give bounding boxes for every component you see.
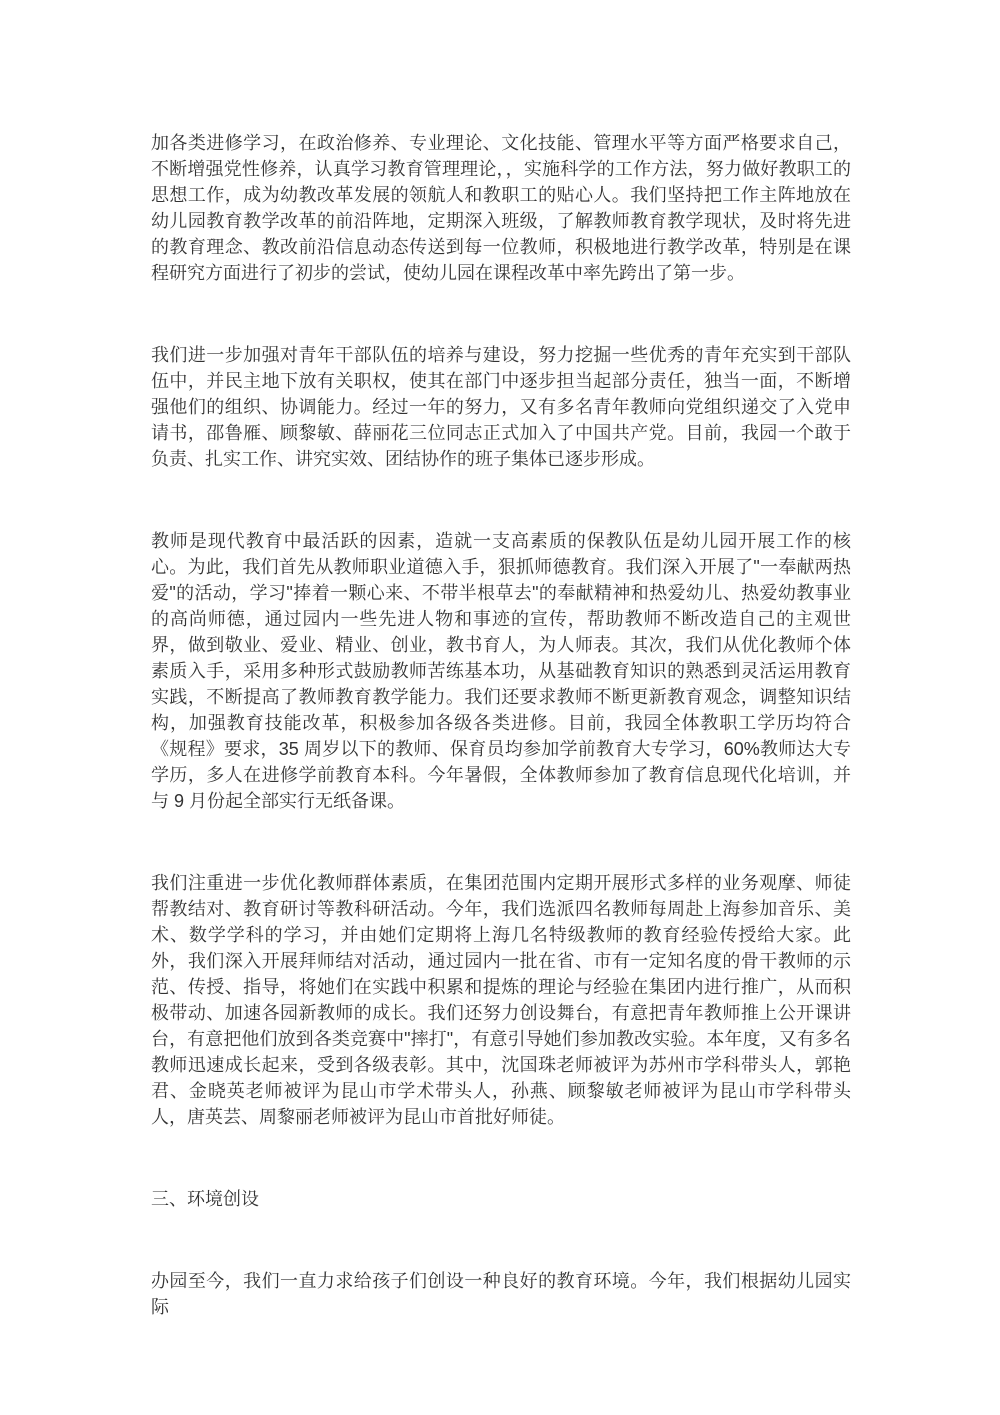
document-body: 加各类进修学习，在政治修养、专业理论、文化技能、管理水平等方面严格要求自己，不断… — [0, 0, 1000, 1320]
section-heading: 三、环境创设 — [151, 1186, 851, 1212]
body-paragraph: 我们进一步加强对青年干部队伍的培养与建设，努力挖掘一些优秀的青年充实到干部队伍中… — [151, 342, 851, 472]
body-paragraph: 办园至今，我们一直力求给孩子们创设一种良好的教育环境。今年，我们根据幼儿园实际 — [151, 1268, 851, 1320]
body-paragraph: 加各类进修学习，在政治修养、专业理论、文化技能、管理水平等方面严格要求自己，不断… — [151, 130, 851, 286]
body-paragraph: 我们注重进一步优化教师群体素质，在集团范围内定期开展形式多样的业务观摩、师徒帮教… — [151, 870, 851, 1130]
body-paragraph: 教师是现代教育中最活跃的因素，造就一支高素质的保教队伍是幼儿园开展工作的核心。为… — [151, 528, 851, 814]
